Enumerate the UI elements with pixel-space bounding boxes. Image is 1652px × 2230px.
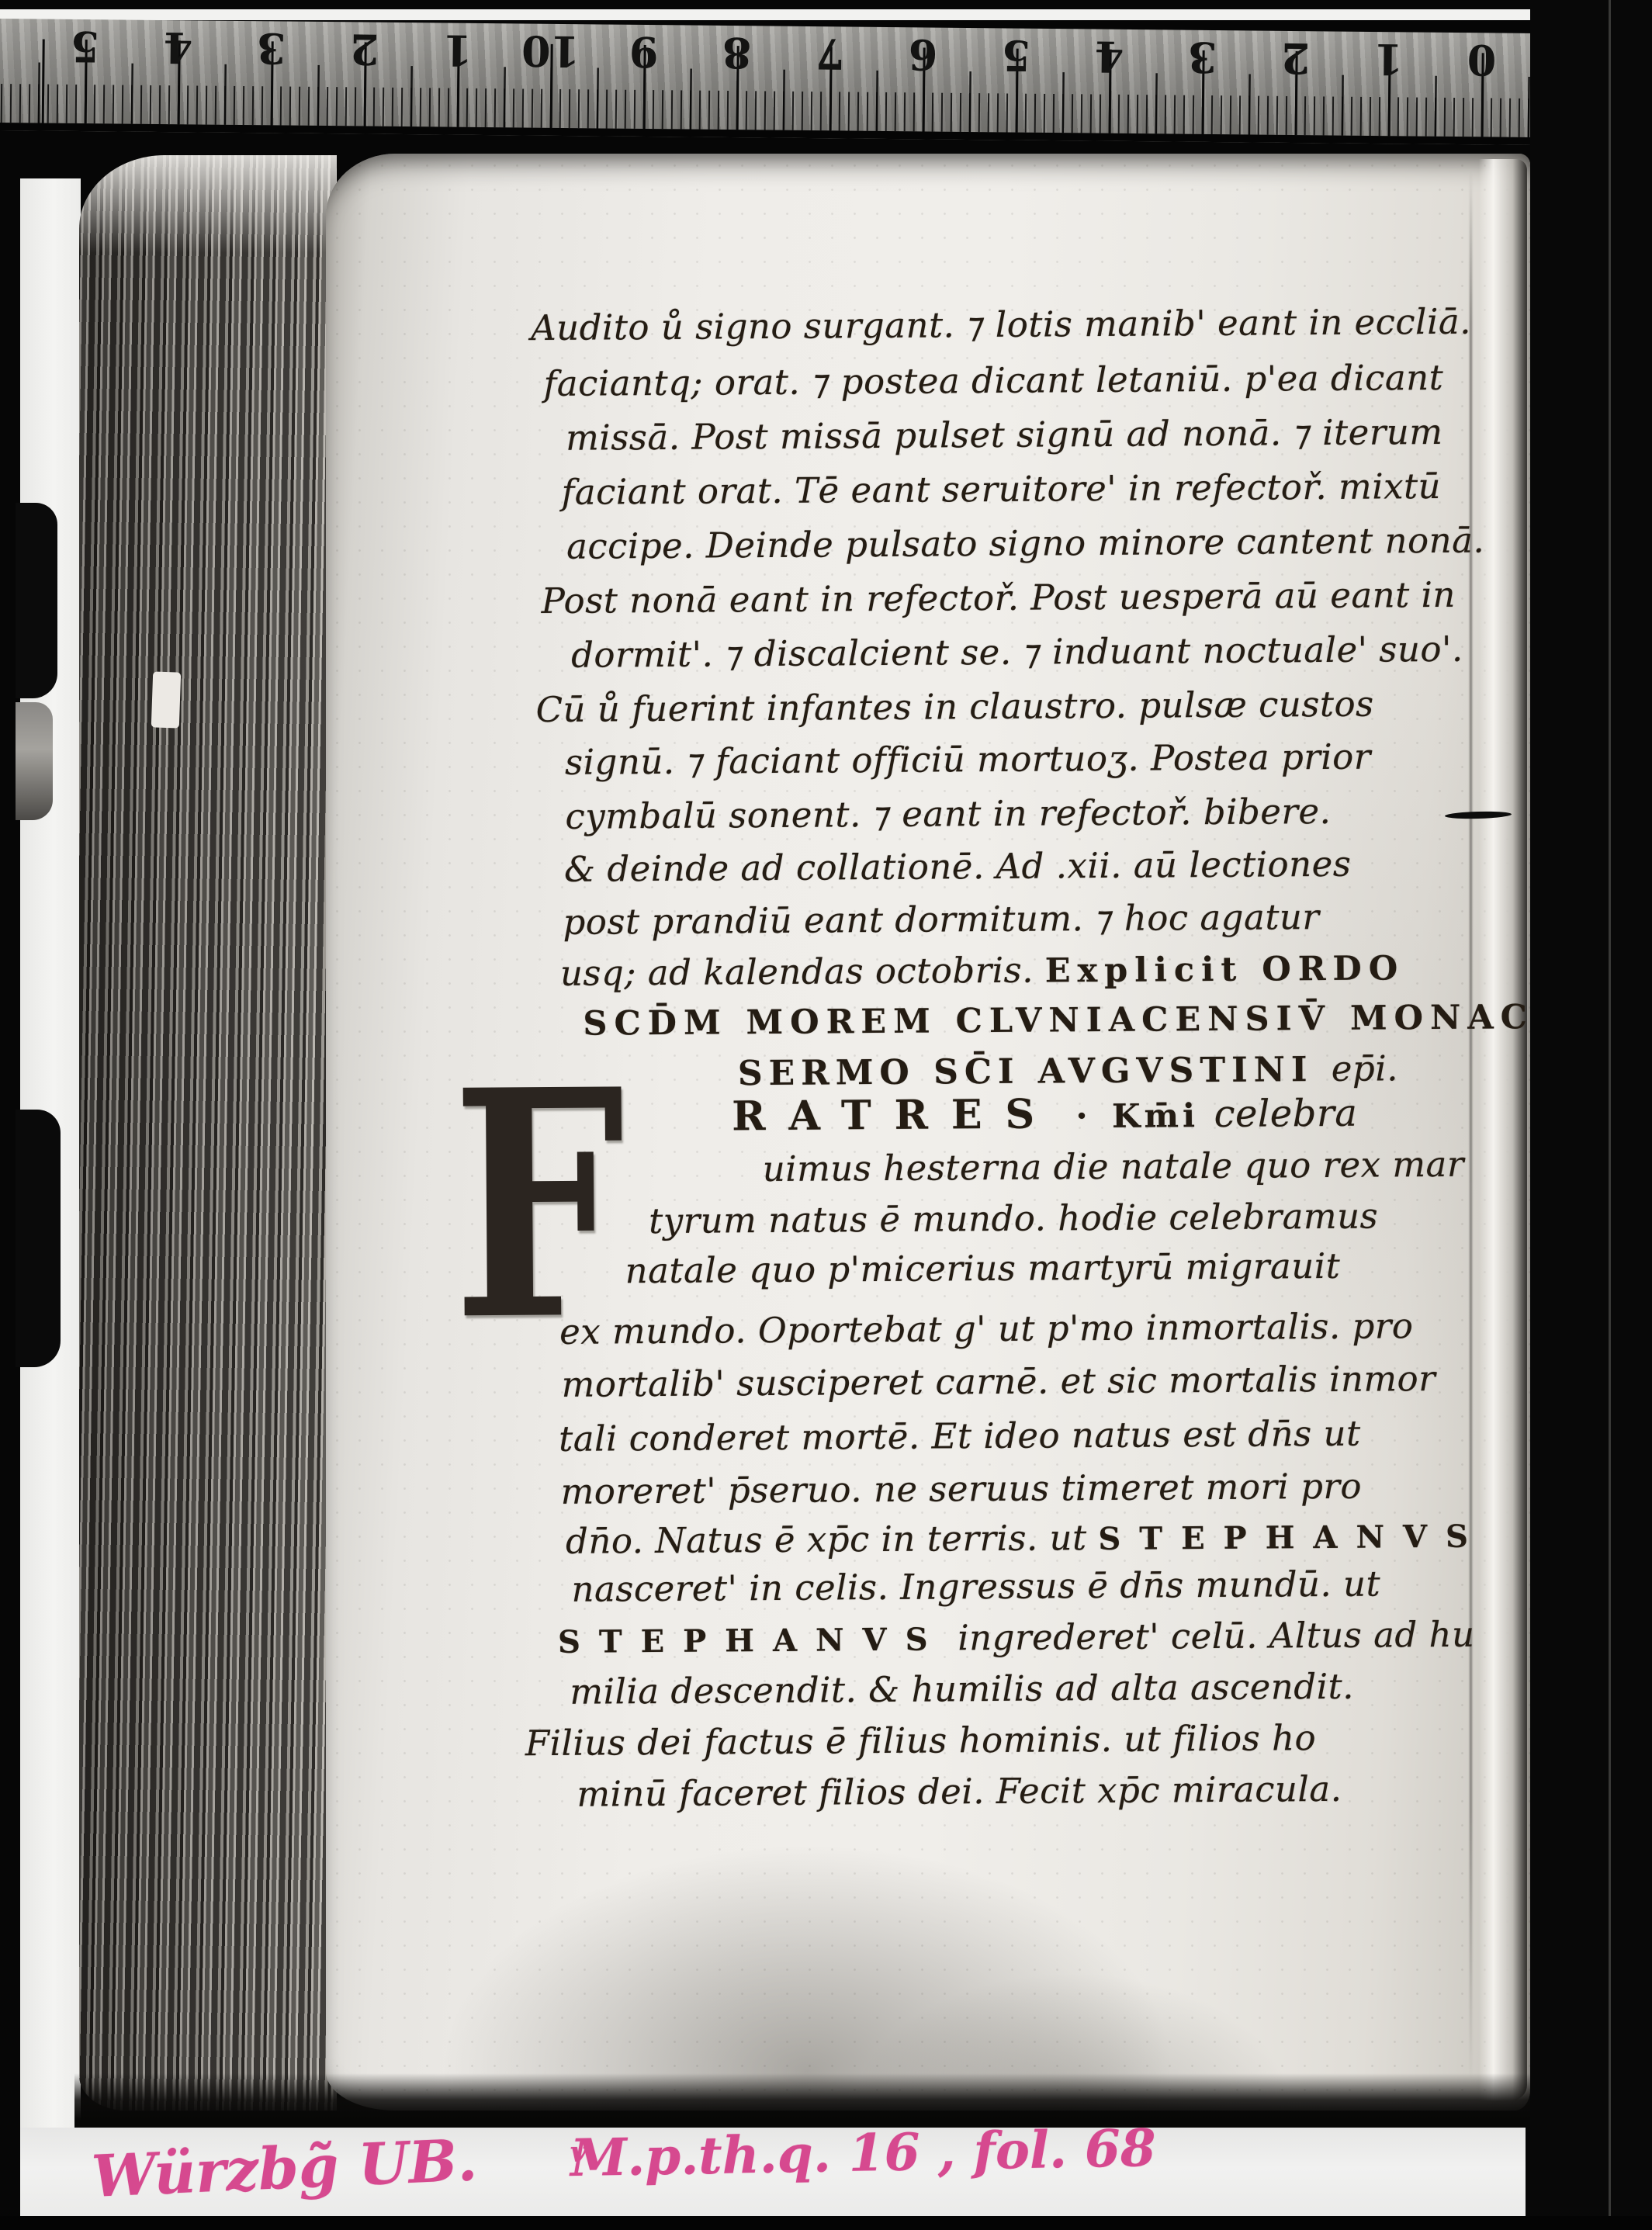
manuscript-line: cymbalū sonent. ⁊ eant in refectoř. bibe…	[565, 792, 1331, 836]
manuscript-segment-rub: SCD̄M MOREM CLVNIACENSIV̄ MONACH.	[583, 998, 1591, 1044]
manuscript-segment: faciant orat. Tē eant seruitore' in refe…	[561, 466, 1441, 513]
manuscript-segment: moreret' p̄seruo. ne seruus timeret mori…	[560, 1466, 1362, 1512]
photo-black-margin-bottom	[0, 2216, 1652, 2230]
manuscript-segment: dn̄o. Natus ē xp̄c in terris. ut	[566, 1517, 1099, 1562]
manuscript-segment: Cū ů fuerint infantes in claustro. pulsæ…	[535, 684, 1373, 731]
photo-edge-line	[1609, 0, 1611, 2230]
manuscript-segment: signū. ⁊ faciant officiū mortuoʒ. Postea…	[565, 736, 1371, 783]
manuscript-segment-rub2: SERMO SC̄I AVGVSTINI	[738, 1050, 1332, 1093]
manuscript-line: missā. Post missā pulset signū ad nonā. …	[566, 413, 1443, 457]
manuscript-line: signū. ⁊ faciant officiū mortuoʒ. Postea…	[565, 738, 1371, 782]
manuscript-photo: 01234567891012345 F Audito ů signo surga…	[0, 0, 1652, 2230]
manuscript-line: uimus hesterna die natale quo rex mar	[763, 1145, 1465, 1189]
manuscript-segment: ep̄i.	[1332, 1047, 1399, 1089]
text-layer: F Audito ů signo surgant. ⁊ lotis manib'…	[0, 0, 1652, 2230]
manuscript-line: STEPHANVS ingrederet' celū. Altus ad hu	[558, 1615, 1475, 1660]
manuscript-segment-sc: Km̄i	[1112, 1096, 1214, 1135]
manuscript-line: moreret' p̄seruo. ne seruus timeret mori…	[560, 1467, 1362, 1511]
manuscript-segment-rub2: ·	[1058, 1096, 1112, 1136]
manuscript-segment: minū faceret filios dei. Fecit xp̄c mira…	[577, 1768, 1342, 1815]
manuscript-segment-name: STEPHANVS	[558, 1621, 947, 1660]
manuscript-line: SCD̄M MOREM CLVNIACENSIV̄ MONACH.	[583, 997, 1591, 1043]
manuscript-line: Post nonā eant in refectoř. Post uesperā…	[541, 576, 1456, 621]
manuscript-segment-big: celebra	[1214, 1092, 1357, 1136]
manuscript-line: natale quo p'micerius martyrū migrauit	[625, 1247, 1340, 1290]
manuscript-segment: post prandiū eant dormitum. ⁊ hoc agatur	[563, 896, 1319, 943]
manuscript-segment: Audito ů signo surgant. ⁊ lotis manib' e…	[531, 301, 1471, 348]
manuscript-line: faciantq; orat. ⁊ postea dicant letaniū.…	[543, 358, 1443, 403]
manuscript-segment: milia descendit. & humilis ad alta ascen…	[570, 1666, 1354, 1712]
manuscript-segment: dormit'. ⁊ discalcient se. ⁊ induant noc…	[571, 628, 1463, 676]
manuscript-line: RATRES · Km̄i celebra	[732, 1090, 1358, 1139]
manuscript-segment: tyrum natus ē mundo. hodie celebramus	[649, 1196, 1378, 1242]
manuscript-segment: cymbalū sonent. ⁊ eant in refectoř. bibe…	[565, 791, 1331, 837]
manuscript-line: minū faceret filios dei. Fecit xp̄c mira…	[577, 1770, 1342, 1813]
manuscript-line: dn̄o. Natus ē xp̄c in terris. ut STEPHAN…	[566, 1516, 1487, 1561]
manuscript-segment: nasceret' in celis. Ingressus ē dn̄s mun…	[571, 1563, 1380, 1610]
manuscript-line: accipe. Deinde pulsato signo minore cant…	[566, 521, 1484, 566]
manuscript-segment: Filius dei factus ē filius hominis. ut f…	[525, 1717, 1317, 1764]
manuscript-segment: usq; ad kalendas octobris.	[560, 950, 1045, 994]
manuscript-segment-name: STEPHANVS	[1098, 1518, 1487, 1557]
manuscript-line: mortalib' susciperet carnē. et sic morta…	[561, 1359, 1436, 1404]
manuscript-line: dormit'. ⁊ discalcient se. ⁊ induant noc…	[571, 630, 1463, 675]
shelfmark-text: M.p.th.q. 16 , fol. 68	[570, 2117, 1156, 2188]
manuscript-segment-rub: Explicit ORDO	[1045, 949, 1405, 990]
manuscript-line: SERMO SC̄I AVGVSTINI ep̄i.	[738, 1049, 1398, 1092]
manuscript-line: milia descendit. & humilis ad alta ascen…	[570, 1667, 1354, 1712]
manuscript-line: usq; ad kalendas octobris. Explicit ORDO	[560, 948, 1405, 993]
manuscript-line: Audito ů signo surgant. ⁊ lotis manib' e…	[531, 303, 1471, 348]
initial-F: F	[452, 1079, 626, 1331]
manuscript-line: Cū ů fuerint infantes in claustro. pulsæ…	[535, 685, 1373, 729]
manuscript-line: faciant orat. Tē eant seruitore' in refe…	[561, 467, 1441, 511]
manuscript-segment: missā. Post missā pulset signū ad nonā. …	[566, 411, 1443, 459]
manuscript-line: post prandiū eant dormitum. ⁊ hoc agatur	[563, 898, 1319, 941]
manuscript-line: nasceret' in celis. Ingressus ē dn̄s mun…	[571, 1565, 1380, 1609]
manuscript-segment-disp: RATRES	[732, 1090, 1058, 1140]
manuscript-line: Filius dei factus ē filius hominis. ut f…	[525, 1719, 1317, 1763]
photo-black-margin-right	[1530, 0, 1652, 2230]
manuscript-segment: uimus hesterna die natale quo rex mar	[763, 1144, 1465, 1189]
manuscript-segment: natale quo p'micerius martyrū migrauit	[625, 1245, 1340, 1291]
manuscript-line: ex mundo. Oportebat g' ut p'mo inmortali…	[559, 1307, 1414, 1351]
manuscript-segment: mortalib' susciperet carnē. et sic morta…	[561, 1358, 1436, 1405]
manuscript-line: tyrum natus ē mundo. hodie celebramus	[649, 1197, 1378, 1241]
manuscript-segment: tali conderet mortē. Et ideo natus est d…	[559, 1413, 1361, 1460]
manuscript-segment: Post nonā eant in refectoř. Post uesperā…	[541, 574, 1456, 622]
manuscript-segment: ingrederet' celū. Altus ad hu	[946, 1614, 1474, 1659]
annotation-shelfmark: M.p.th.q. 16 , fol. 68v	[570, 2128, 587, 2188]
manuscript-line: tali conderet mortē. Et ideo natus est d…	[559, 1415, 1361, 1459]
manuscript-segment: faciantq; orat. ⁊ postea dicant letaniū.…	[543, 357, 1443, 404]
manuscript-segment: & deinde ad collationē. Ad .xii. aū lect…	[564, 843, 1352, 890]
manuscript-segment: ex mundo. Oportebat g' ut p'mo inmortali…	[559, 1305, 1414, 1352]
manuscript-segment: accipe. Deinde pulsato signo minore cant…	[566, 520, 1484, 567]
manuscript-line: & deinde ad collationē. Ad .xii. aū lect…	[564, 845, 1352, 889]
